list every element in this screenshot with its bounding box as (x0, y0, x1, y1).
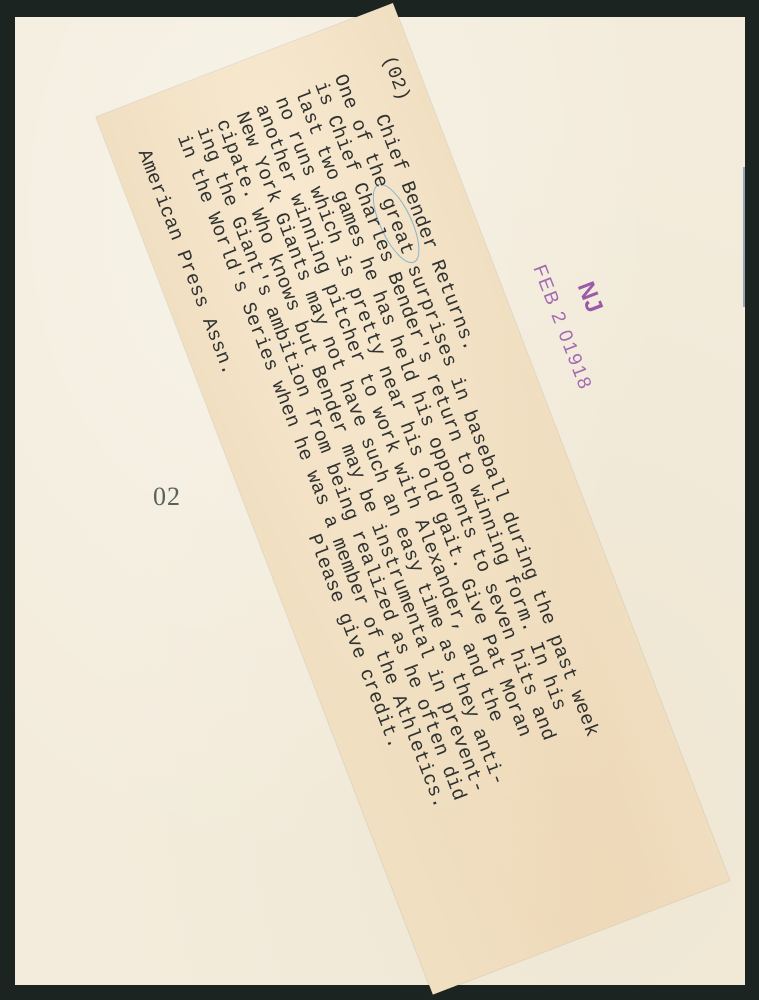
file-number: 02 (153, 482, 181, 512)
caption-number: (02) (377, 53, 413, 104)
card-edge-mark (743, 167, 745, 307)
